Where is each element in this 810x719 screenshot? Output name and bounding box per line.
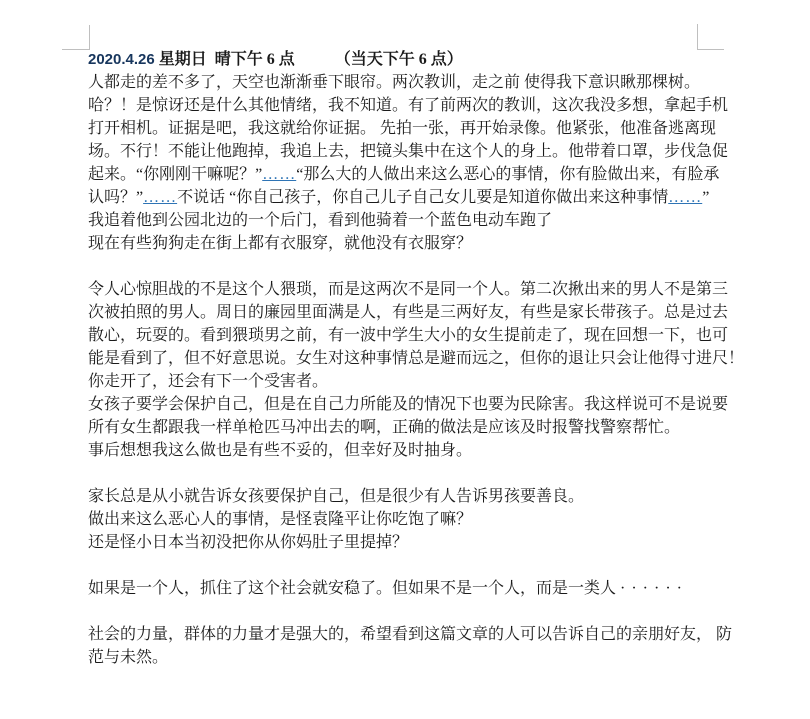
text-line: 做出来这么恶心人的事情，是怪袁隆平让你吃饱了嘛？ [88, 508, 748, 531]
ellipsis-link-text: …… [668, 189, 702, 206]
text-run: 能是看到了，但不好意思说。女生对这种事情总是避而远之，但你的退让只会让他得寸进尺… [88, 350, 744, 367]
text-run: 做出来这么恶心人的事情，是怪袁隆平让你吃饱了嘛？ [88, 511, 472, 528]
text-line: 现在有些狗狗走在街上都有衣服穿，就他没有衣服穿？ [88, 232, 748, 255]
text-line: 令人心惊胆战的不是这个人猥琐，而是这两次不是同一个人。第二次揪出来的男人不是第三 [88, 278, 748, 301]
text-run: 人都走的差不多了，天空也渐渐垂下眼帘。两次教训，走之前 使得我下意识瞅那棵树。 [88, 74, 700, 91]
text-run: 不说话 “你自己孩子，你自己儿子自己女儿要是知道你做出来这种事情 [177, 189, 668, 206]
text-run: 所有女生都跟我一样单枪匹马冲出去的啊，正确的做法是应该及时报警找警察帮忙。 [88, 419, 680, 436]
text-run: 还是怪小日本当初没把你从你妈肚子里提掉？ [88, 534, 408, 551]
blank-line [88, 255, 748, 278]
text-line: 女孩子要学会保护自己，但是在自己力所能及的情况下也要为民除害。我这样说可不是说要 [88, 393, 748, 416]
text-run: 如果是一个人，抓住了这个社会就安稳了。但如果不是一个人，而是一类人 [88, 580, 620, 597]
text-line: 还是怪小日本当初没把你从你妈肚子里提掉？ [88, 531, 748, 554]
blank-line [88, 462, 748, 485]
text-run: 范与未然。 [88, 649, 168, 666]
text-line: 家长总是从小就告诉女孩要保护自己，但是很少有人告诉男孩要善良。 [88, 485, 748, 508]
margin-crop-mark-top-left-vertical [89, 25, 90, 50]
document-page: 2020.4.26 星期日 晴下午 6 点 （当天下午 6 点）人都走的差不多了… [0, 0, 810, 719]
text-run: 起来。“你刚刚干嘛呢？” [88, 166, 262, 183]
text-run: 认吗？” [88, 189, 143, 206]
text-run: 事后想想我这么做也是有些不妥的，但幸好及时抽身。 [88, 442, 472, 459]
text-line: 你走开了，还会有下一个受害者。 [88, 370, 748, 393]
text-run: 场。不行！不能让他跑掉，我追上去，把镜头集中在这个人的身上。他带着口罩，步伐急促 [88, 143, 728, 160]
text-line: 我追着他到公园北边的一个后门，看到他骑着一个蓝色电动车跑了 [88, 209, 748, 232]
text-run: 次被拍照的男人。周日的廉园里面满是人，有些是三两好友，有些是家长带孩子。总是过去 [88, 304, 728, 321]
text-run: 女孩子要学会保护自己，但是在自己力所能及的情况下也要为民除害。我这样说可不是说要 [88, 396, 728, 413]
text-line: 起来。“你刚刚干嘛呢？”……“那么大的人做出来这么恶心的事情，你有脸做出来，有脸… [88, 163, 748, 186]
document-body: 2020.4.26 星期日 晴下午 6 点 （当天下午 6 点）人都走的差不多了… [88, 48, 748, 669]
text-run: ” [702, 189, 709, 206]
text-run: 社会的力量，群体的力量才是强大的，希望看到这篇文章的人可以告诉自己的亲朋好友， … [88, 626, 732, 643]
text-line: 认吗？”……不说话 “你自己孩子，你自己儿子自己女儿要是知道你做出来这种事情……… [88, 186, 748, 209]
text-run: （当天下午 6 点） [295, 51, 463, 68]
ellipsis-link-text: …… [143, 189, 177, 206]
text-line: 打开相机。证据是吧，我这就给你证据。 先拍一张，再开始录像。他紧张，他准备逃离现 [88, 117, 748, 140]
text-line: 散心，玩耍的。看到猥琐男之前，有一波中学生大小的女生提前走了，现在回想一下，也可 [88, 324, 748, 347]
blank-line [88, 554, 748, 577]
text-run: 现在有些狗狗走在街上都有衣服穿，就他没有衣服穿？ [88, 235, 472, 252]
text-line: 事后想想我这么做也是有些不妥的，但幸好及时抽身。 [88, 439, 748, 462]
text-run: “那么大的人做出来这么恶心的事情，你有脸做出来，有脸承 [296, 166, 719, 183]
text-run: 散心，玩耍的。看到猥琐男之前，有一波中学生大小的女生提前走了，现在回想一下，也可 [88, 327, 728, 344]
text-line: 场。不行！不能让他跑掉，我追上去，把镜头集中在这个人的身上。他带着口罩，步伐急促 [88, 140, 748, 163]
text-line: 范与未然。 [88, 646, 748, 669]
text-line: 如果是一个人，抓住了这个社会就安稳了。但如果不是一个人，而是一类人 ······ [88, 577, 748, 600]
margin-crop-mark-top-left-horizontal [62, 49, 90, 50]
text-line: 次被拍照的男人。周日的廉园里面满是人，有些是三两好友，有些是家长带孩子。总是过去 [88, 301, 748, 324]
text-run: 我追着他到公园北边的一个后门，看到他骑着一个蓝色电动车跑了 [88, 212, 552, 229]
blank-line [88, 600, 748, 623]
text-line: 2020.4.26 星期日 晴下午 6 点 （当天下午 6 点） [88, 48, 748, 71]
text-run: 你走开了，还会有下一个受害者。 [88, 373, 328, 390]
text-run: 令人心惊胆战的不是这个人猥琐，而是这两次不是同一个人。第二次揪出来的男人不是第三 [88, 281, 728, 298]
date-text: 2020.4.26 [88, 51, 155, 68]
text-run: 打开相机。证据是吧，我这就给你证据。 先拍一张，再开始录像。他紧张，他准备逃离现 [88, 120, 716, 137]
text-line: 能是看到了，但不好意思说。女生对这种事情总是避而远之，但你的退让只会让他得寸进尺… [88, 347, 748, 370]
text-line: 所有女生都跟我一样单枪匹马冲出去的啊，正确的做法是应该及时报警找警察帮忙。 [88, 416, 748, 439]
text-run: 哈？！是惊讶还是什么其他情绪，我不知道。有了前两次的教训，这次我没多想，拿起手机 [88, 97, 728, 114]
text-line: 哈？！是惊讶还是什么其他情绪，我不知道。有了前两次的教训，这次我没多想，拿起手机 [88, 94, 748, 117]
text-line: 社会的力量，群体的力量才是强大的，希望看到这篇文章的人可以告诉自己的亲朋好友， … [88, 623, 748, 646]
text-run: 星期日 晴下午 6 点 [155, 51, 295, 68]
margin-crop-mark-top-right-vertical [697, 24, 698, 50]
spaced-dots-text: ······ [620, 580, 688, 597]
text-run: 家长总是从小就告诉女孩要保护自己，但是很少有人告诉男孩要善良。 [88, 488, 584, 505]
ellipsis-link-text: …… [262, 166, 296, 183]
text-line: 人都走的差不多了，天空也渐渐垂下眼帘。两次教训，走之前 使得我下意识瞅那棵树。 [88, 71, 748, 94]
